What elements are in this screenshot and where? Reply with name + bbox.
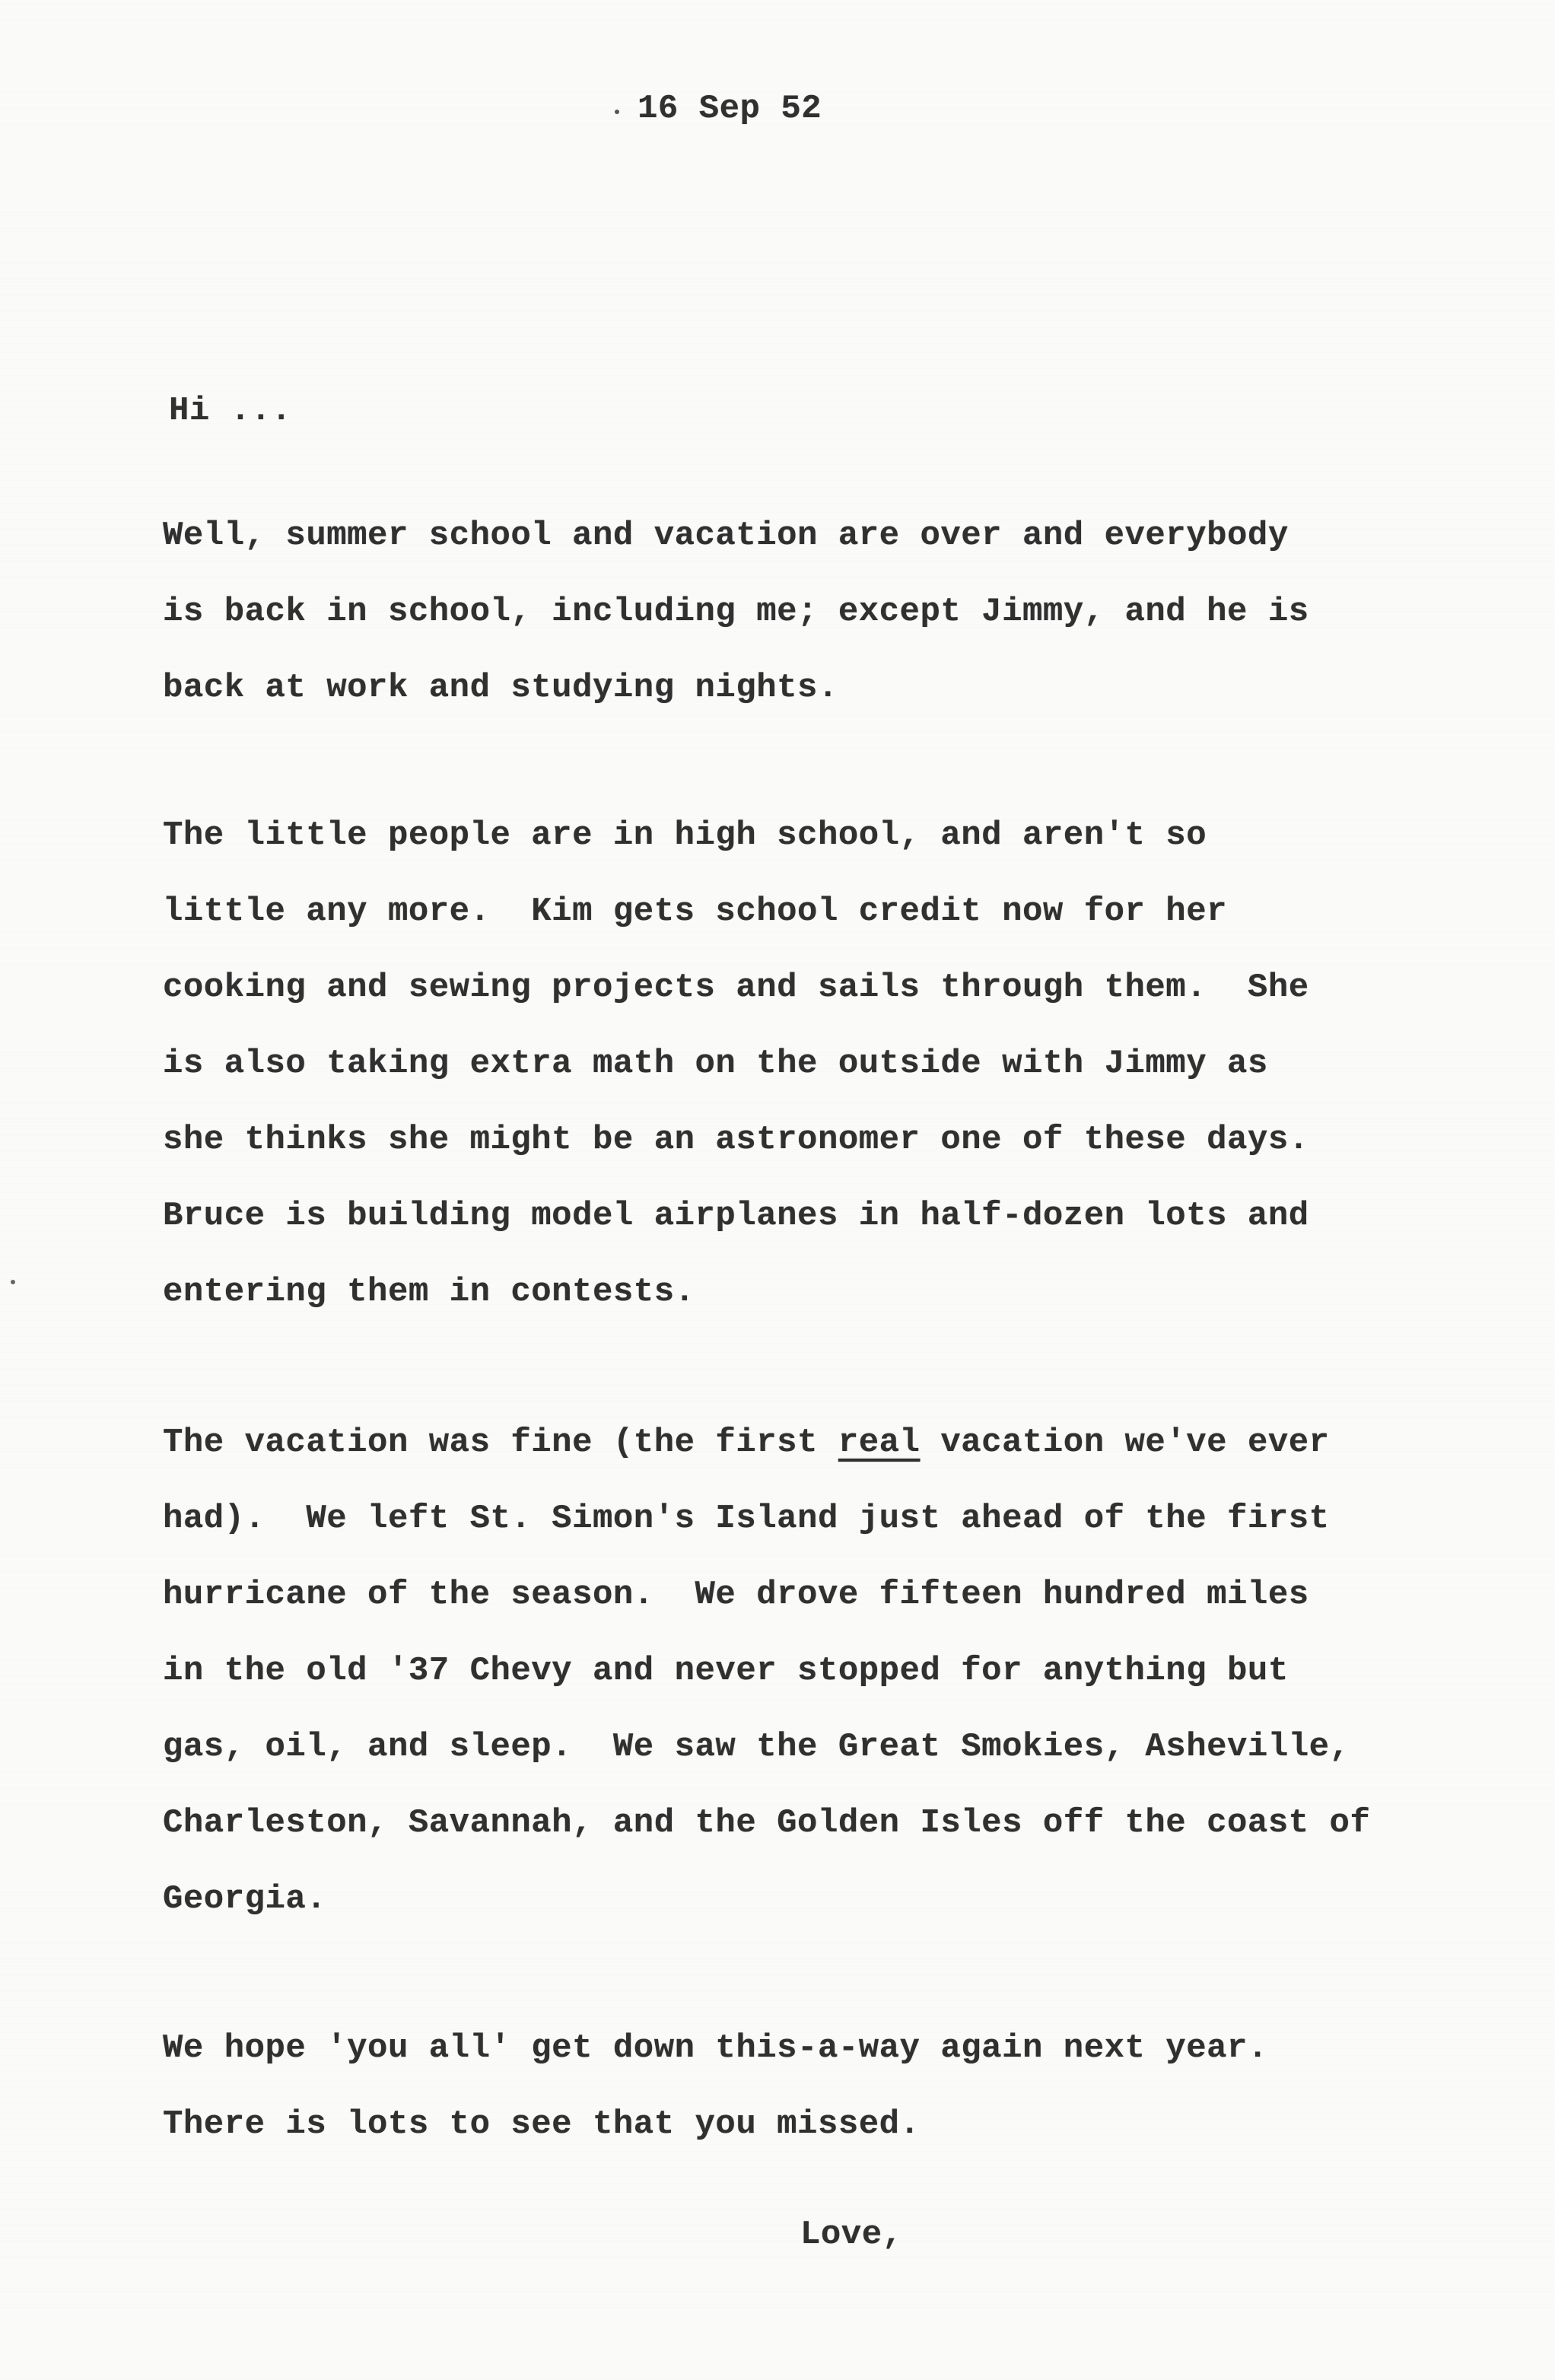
text-line: she thinks she might be an astronomer on… <box>163 1102 1309 1178</box>
letter-date: 16 Sep 52 <box>638 90 822 128</box>
letter-greeting: Hi ... <box>169 392 291 430</box>
paragraph-vacation: The vacation was fine (the first real va… <box>163 1405 1370 1937</box>
text-fragment: vacation we've ever <box>920 1424 1329 1462</box>
paragraph-invitation: We hope 'you all' get down this-a-way ag… <box>163 2010 1268 2162</box>
text-line: The little people are in high school, an… <box>163 797 1309 873</box>
text-line: Well, summer school and vacation are ove… <box>163 498 1309 574</box>
text-line: gas, oil, and sleep. We saw the Great Sm… <box>163 1709 1370 1785</box>
paragraph-school: Well, summer school and vacation are ove… <box>163 498 1309 726</box>
text-line: Bruce is building model airplanes in hal… <box>163 1178 1309 1254</box>
paper-speck <box>11 1280 15 1284</box>
text-fragment: The vacation was fine (the first <box>163 1424 838 1462</box>
text-line: hurricane of the season. We drove fiftee… <box>163 1557 1370 1633</box>
text-line: Georgia. <box>163 1861 1370 1937</box>
text-line: There is lots to see that you missed. <box>163 2086 1268 2162</box>
underlined-word: real <box>838 1424 921 1462</box>
text-line: Charleston, Savannah, and the Golden Isl… <box>163 1785 1370 1861</box>
text-line: little any more. Kim gets school credit … <box>163 873 1309 950</box>
letter-closing: Love, <box>800 2216 903 2254</box>
text-line: back at work and studying nights. <box>163 650 1309 726</box>
text-line: We hope 'you all' get down this-a-way ag… <box>163 2010 1268 2086</box>
letter-page: 16 Sep 52 Hi ... Well, summer school and… <box>0 0 1555 2380</box>
text-line: in the old '37 Chevy and never stopped f… <box>163 1633 1370 1709</box>
paragraph-children: The little people are in high school, an… <box>163 797 1309 1330</box>
text-line: The vacation was fine (the first real va… <box>163 1405 1370 1481</box>
text-line: is back in school, including me; except … <box>163 574 1309 650</box>
text-line: cooking and sewing projects and sails th… <box>163 950 1309 1026</box>
text-line: entering them in contests. <box>163 1254 1309 1330</box>
text-line: is also taking extra math on the outside… <box>163 1026 1309 1102</box>
ink-dot <box>615 110 619 114</box>
text-line: had). We left St. Simon's Island just ah… <box>163 1481 1370 1557</box>
